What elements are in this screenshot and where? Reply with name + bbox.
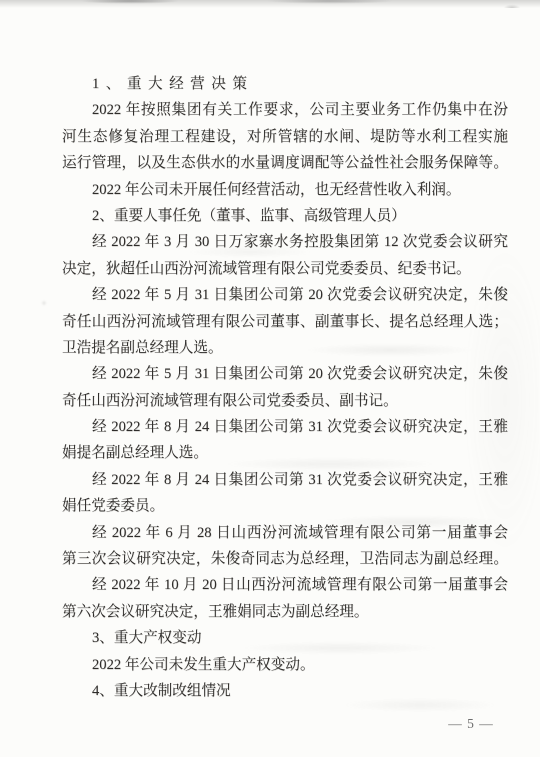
doc-line: 经 2022 年 8 月 24 日集团公司第 31 次党委会议研究决定，王雅 <box>62 467 508 493</box>
doc-line: 奇任山西汾河流域管理有限公司董事、副董事长、提名总经理人选； <box>62 309 508 335</box>
doc-line: 2022 年公司未发生重大产权变动。 <box>62 652 508 678</box>
doc-line: 经 2022 年 3 月 30 日万家寨水务控股集团第 12 次党委会议研究 <box>62 229 508 255</box>
doc-line: 经 2022 年 6 月 28 日山西汾河流域管理有限公司第一届董事会 <box>62 520 508 546</box>
scanned-document-page: 1、重大经营决策 2022 年按照集团有关工作要求，公司主要业务工作仍集中在汾 … <box>0 0 540 757</box>
doc-line: 第六次会议研究决定，王雅娟同志为副总经理。 <box>62 599 508 625</box>
section-heading-3: 3、重大产权变动 <box>62 625 508 651</box>
doc-line: 2022 年公司未开展任何经营活动，也无经营性收入利润。 <box>62 177 508 203</box>
page-number: — 5 — <box>438 714 504 734</box>
doc-line: 经 2022 年 5 月 31 日集团公司第 20 次党委会议研究决定，朱俊 <box>62 282 508 308</box>
document-body: 1、重大经营决策 2022 年按照集团有关工作要求，公司主要业务工作仍集中在汾 … <box>62 71 508 704</box>
section-heading-1: 1、重大经营决策 <box>62 71 508 97</box>
doc-line: 娟任党委委员。 <box>62 493 508 519</box>
doc-line: 经 2022 年 5 月 31 日集团公司第 20 次党委会议研究决定，朱俊 <box>62 361 508 387</box>
doc-line: 2022 年按照集团有关工作要求，公司主要业务工作仍集中在汾 <box>62 97 508 123</box>
doc-line: 奇任山西汾河流域管理有限公司党委委员、副书记。 <box>62 388 508 414</box>
doc-line: 第三次会议研究决定，朱俊奇同志为总经理，卫浩同志为副总经理。 <box>62 546 508 572</box>
doc-line: 娟提名副总经理人选。 <box>62 440 508 466</box>
doc-line: 运行管理，以及生态供水的水量调度调配等公益性社会服务保障等。 <box>62 150 508 176</box>
doc-line: 卫浩提名副总经理人选。 <box>62 335 508 361</box>
section-heading-4: 4、重大改制改组情况 <box>62 678 508 704</box>
doc-line: 经 2022 年 10 月 20 日山西汾河流域管理有限公司第一届董事会 <box>62 572 508 598</box>
doc-line: 经 2022 年 8 月 24 日集团公司第 31 次党委会议研究决定，王雅 <box>62 414 508 440</box>
doc-line: 河生态修复治理工程建设，对所管辖的水闸、堤防等水利工程实施 <box>62 124 508 150</box>
scan-top-shadow <box>0 0 540 8</box>
doc-line: 决定，狄超任山西汾河流域管理有限公司党委委员、纪委书记。 <box>62 256 508 282</box>
section-heading-2: 2、重要人事任免（董事、监事、高级管理人员） <box>62 203 508 229</box>
